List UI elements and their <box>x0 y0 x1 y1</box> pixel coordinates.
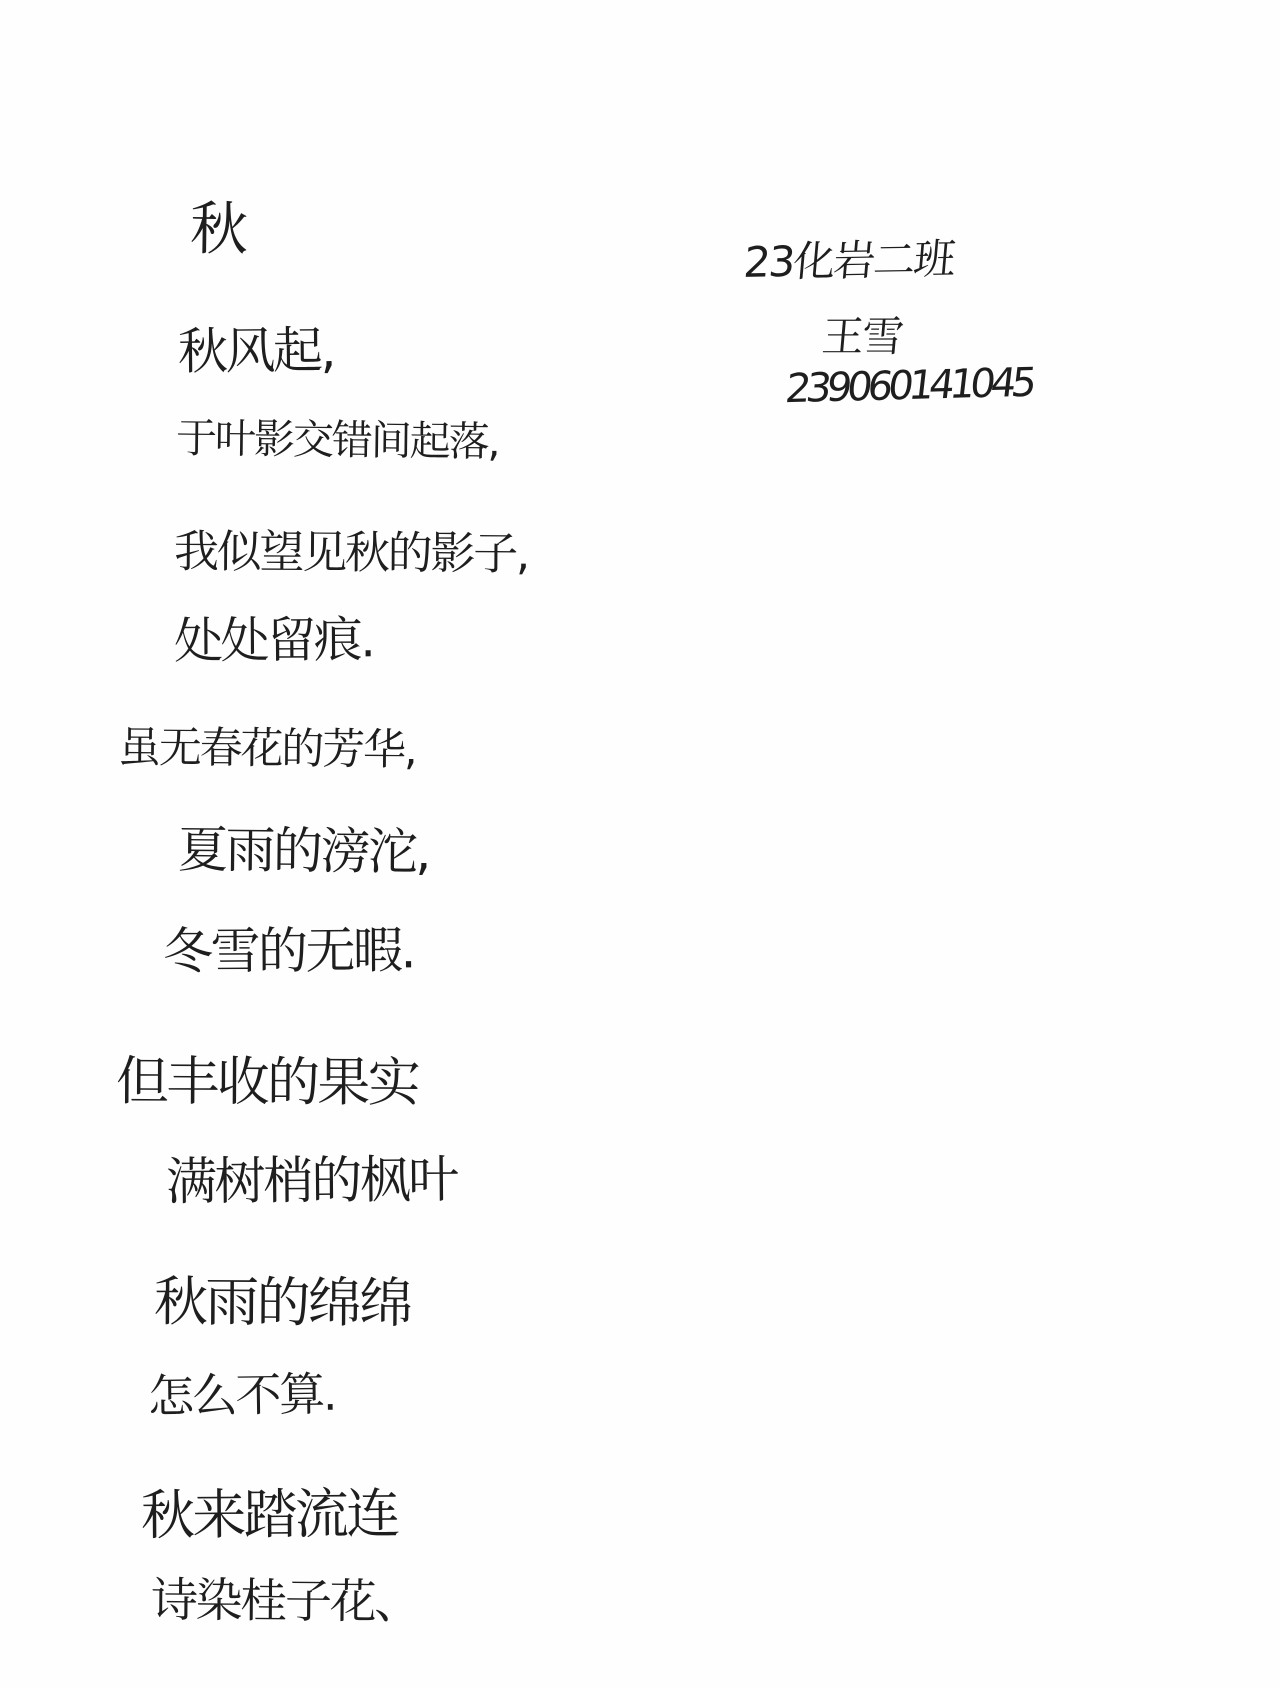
poem-line: 于叶影交错间起落, <box>176 418 499 463</box>
poem-line: 秋来踏流连 <box>141 1487 398 1543</box>
poem-line: 诗染桂子花、 <box>151 1577 419 1626</box>
poem-line: 处处留痕. <box>174 615 374 665</box>
handwritten-poem-page: 秋 23化岩二班 王雪 239060141045 秋风起, 于叶影交错间起落, … <box>0 0 1280 1688</box>
class-line: 23化岩二班 <box>742 238 955 284</box>
poem-line: 冬雪的无暇. <box>163 925 414 976</box>
poem-line: 虽无春花的芳华, <box>118 727 416 773</box>
poem-line: 满树梢的枫叶 <box>166 1155 457 1209</box>
poem-title: 秋 <box>190 200 246 259</box>
poem-line: 夏雨的滂沱, <box>178 825 429 878</box>
poem-line: 但丰收的果实 <box>116 1055 418 1110</box>
poem-line: 我似望见秋的影子, <box>174 529 528 576</box>
author-name: 王雪 <box>820 316 904 358</box>
poem-line: 秋雨的绵绵 <box>154 1275 411 1331</box>
poem-line: 怎么不算. <box>148 1371 336 1420</box>
poem-line: 秋风起, <box>178 325 334 377</box>
student-id: 239060141045 <box>783 363 1034 409</box>
